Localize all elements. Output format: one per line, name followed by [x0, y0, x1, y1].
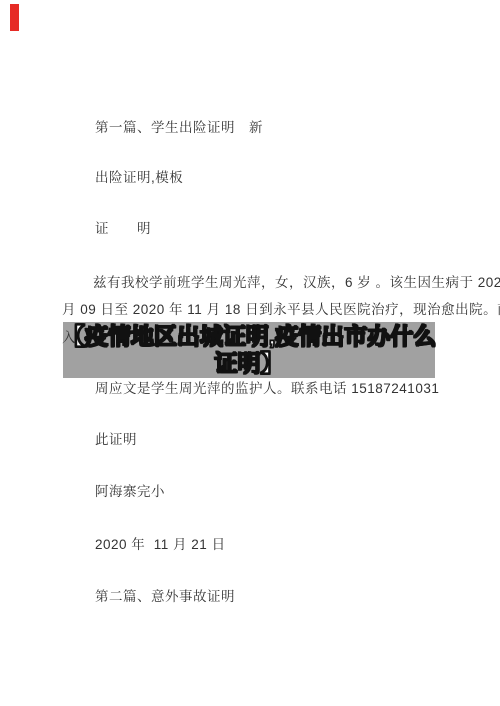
paragraph-line-1: 兹有我校学前班学生周光萍，女，汉族，6 岁 。该生因生病于 2020 年 11 [93, 275, 500, 290]
school-name: 阿海寨完小 [95, 484, 165, 499]
article-page: 第一篇、学生出险证明 新 出险证明,模板 证 明 兹有我校学前班学生周光萍，女，… [0, 0, 500, 706]
guardian-contact-line: 周应文是学生周光萍的监护人。联系电话 15187241031 [95, 381, 439, 396]
red-marker [10, 4, 19, 31]
overlay-title-line-2: 证明】 [215, 350, 284, 377]
section1-heading: 第一篇、学生出险证明 新 [95, 120, 263, 135]
paragraph-line-3-fragment: 入 [62, 330, 76, 345]
section2-heading: 第二篇、意外事故证明 [95, 589, 235, 604]
seo-overlay-banner: 【疫情地区出城证明,疫情出市办什么 证明】 [63, 322, 435, 378]
date-line: 2020 年 11 月 21 日 [95, 537, 226, 552]
doc-subtitle: 出险证明,模板 [95, 170, 183, 185]
paragraph-line-2: 月 09 日至 2020 年 11 月 18 日到永平县人民医院治疗，现治愈出院… [62, 302, 500, 317]
overlay-title-line-1: 【疫情地区出城证明,疫情出市办什么 [62, 323, 436, 350]
certificate-title: 证 明 [95, 221, 151, 236]
closing-line: 此证明 [95, 432, 137, 447]
